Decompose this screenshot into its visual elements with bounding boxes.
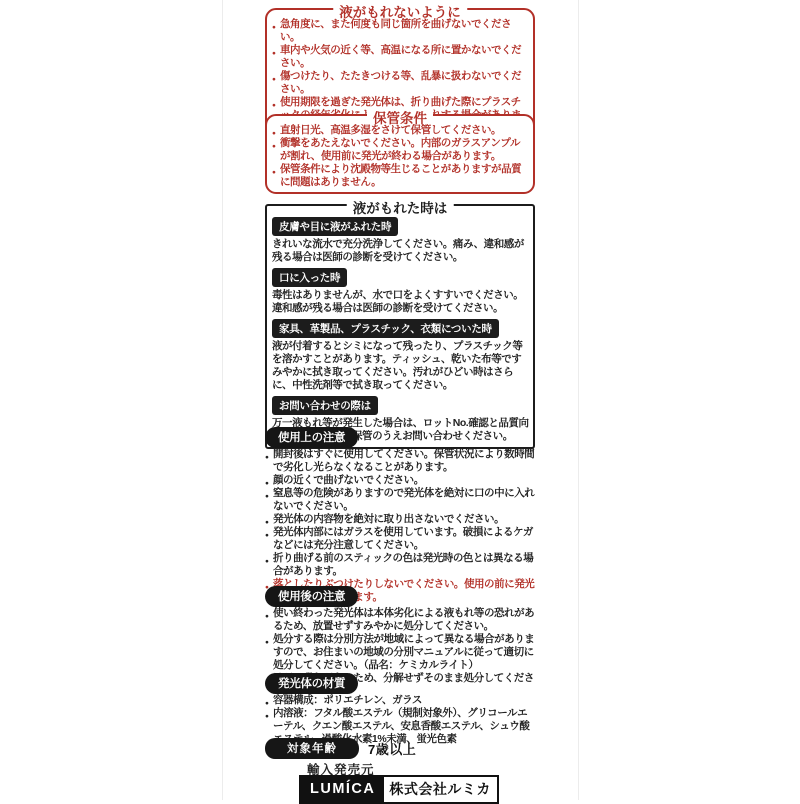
- leak-response-subheading: 家具、革製品、プラスチック、衣類についた時: [272, 319, 499, 338]
- list-item: 顔の近くで曲げないでください。: [265, 474, 537, 487]
- leak-response-subheading: 皮膚や目に液がふれた時: [272, 217, 398, 236]
- list-item: 直射日光、高温多湿をさけて保管してください。: [272, 124, 529, 137]
- list-item: 衝撃をあたえないでください。内部のガラスアンプルが割れ、使用前に発光が終わる場合…: [272, 137, 529, 163]
- target-age-badge: 対象年齢: [265, 738, 359, 759]
- leak-response-body: きれいな流水で充分洗浄してください。痛み、違和感が残る場合は医師の診断を受けてく…: [272, 238, 529, 264]
- target-age-value: 7歳以上: [368, 739, 416, 758]
- list-item: 傷つけたり、たたきつける等、乱暴に扱わないでください。: [272, 70, 529, 96]
- list-item: 処分する際は分別方法が地域によって異なる場合がありますので、お住まいの地域の分別…: [265, 633, 537, 672]
- usage-notes-heading: 使用上の注意: [265, 427, 358, 448]
- list-item: 発光体内部にはガラスを使用しています。破損によるケガなどには充分注意してください…: [265, 526, 537, 552]
- usage-notes-list: 開封後はすぐに使用してください。保管状況により数時間で劣化し光らなくなることがあ…: [265, 448, 537, 604]
- leak-response-subheading: お問い合わせの際は: [272, 396, 378, 415]
- leak-response-subheading: 口に入った時: [272, 268, 347, 287]
- leak-response-subsection: 家具、革製品、プラスチック、衣類についた時 液が付着するとシミになって残ったり、…: [272, 316, 529, 392]
- list-item: 容器構成：ポリエチレン、ガラス: [265, 694, 537, 707]
- list-item: 開封後はすぐに使用してください。保管状況により数時間で劣化し光らなくなることがあ…: [265, 448, 537, 474]
- materials-heading: 発光体の材質: [265, 673, 358, 694]
- list-item: 折り曲げる前のスティックの色は発光時の色とは異なる場合があります。: [265, 552, 537, 578]
- storage-box: 保管条件 直射日光、高温多湿をさけて保管してください。 衝撃をあたえないでくださ…: [265, 114, 535, 194]
- company-name: 株式会社ルミカ: [384, 777, 497, 802]
- after-use-notes-heading: 使用後の注意: [265, 586, 358, 607]
- leak-response-subsection: 皮膚や目に液がふれた時 きれいな流水で充分洗浄してください。痛み、違和感が残る場…: [272, 214, 529, 264]
- list-item: 使い終わった発光体は本体劣化による液もれ等の恐れがあるため、放置せずすみやかに処…: [265, 607, 537, 633]
- list-item: 車内や火気の近く等、高温になる所に置かないでください。: [272, 44, 529, 70]
- storage-list: 直射日光、高温多湿をさけて保管してください。 衝撃をあたえないでください。内部の…: [272, 124, 529, 189]
- leak-response-box: 液がもれた時は 皮膚や目に液がふれた時 きれいな流水で充分洗浄してください。痛み…: [265, 204, 535, 449]
- list-item: 急角度に、また何度も同じ箇所を曲げないでください。: [272, 18, 529, 44]
- leak-response-subsection: 口に入った時 毒性はありませんが、水で口をよくすすいでください。違和感が残る場合…: [272, 265, 529, 315]
- list-item: 窒息等の危険がありますので発光体を絶対に口の中に入れないでください。: [265, 487, 537, 513]
- list-item: 発光体の内容物を絶対に取り出さないでください。: [265, 513, 537, 526]
- target-age-row: 対象年齢 7歳以上: [265, 738, 416, 759]
- leak-response-body: 毒性はありませんが、水で口をよくすすいでください。違和感が残る場合は医師の診断を…: [272, 289, 529, 315]
- leak-response-title: 液がもれた時は: [347, 197, 454, 217]
- lumica-logo-wordmark: LUMÍCA: [301, 777, 384, 802]
- list-item: 保管条件により沈殿物等生じることがありますが品質に問題はありません。: [272, 163, 529, 189]
- leak-response-body: 液が付着するとシミになって残ったり、プラスチック等を溶かすことがあります。ティッ…: [272, 340, 529, 392]
